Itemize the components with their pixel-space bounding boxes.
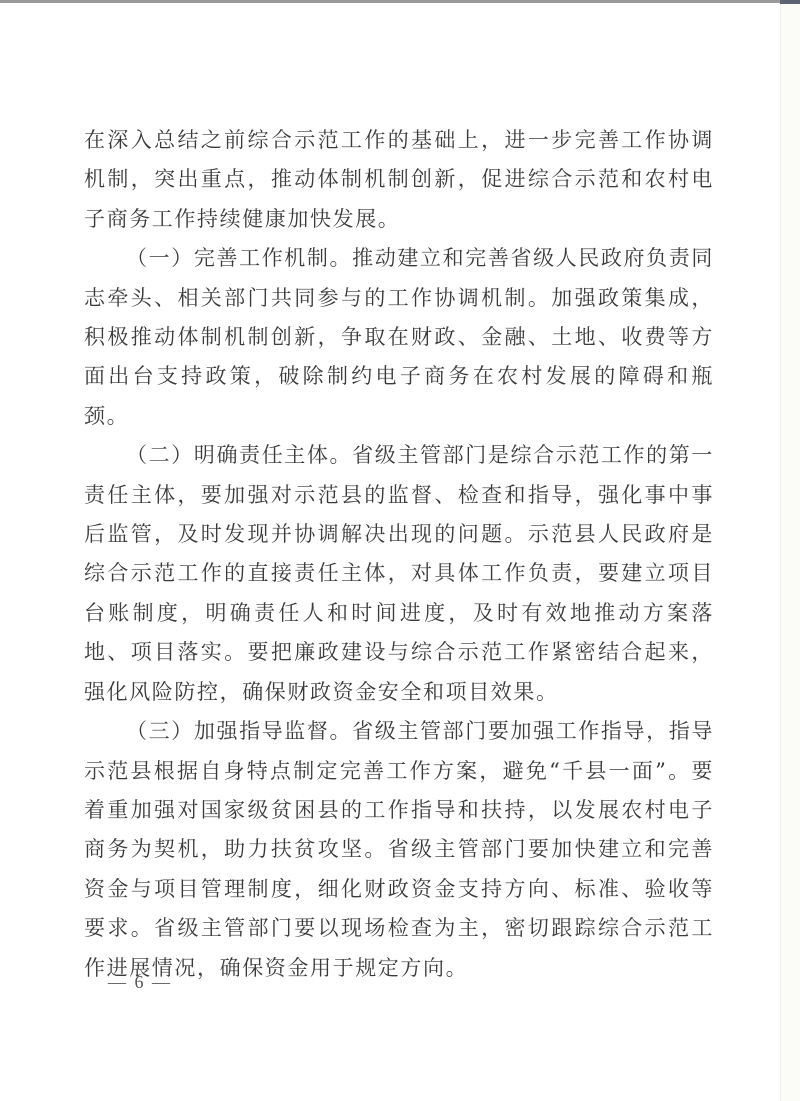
paragraph-text: 省级主管部门要加强工作指导，指导示范县根据自身特点制定完善工作方案，避免“千县一… xyxy=(84,719,714,979)
section-heading: （二）明确责任主体。 xyxy=(126,443,352,467)
paragraph-section-1: （一）完善工作机制。推动建立和完善省级人民政府负责同志牵头、相关部门共同参与的工… xyxy=(84,239,714,436)
page-number: — 6 — xyxy=(108,972,172,993)
paragraph-continuation: 在深入总结之前综合示范工作的基础上，进一步完善工作协调机制，突出重点，推动体制机… xyxy=(84,121,714,239)
section-heading: （三）加强指导监督。 xyxy=(126,719,352,743)
scan-right-margin xyxy=(780,4,800,1101)
paragraph-text: 推动建立和完善省级人民政府负责同志牵头、相关部门共同参与的工作协调机制。加强政策… xyxy=(84,246,714,428)
paragraph-text: 省级主管部门是综合示范工作的第一责任主体，要加强对示范县的监督、检查和指导，强化… xyxy=(84,443,714,703)
scan-top-edge xyxy=(0,0,800,3)
paragraph-section-3: （三）加强指导监督。省级主管部门要加强工作指导，指导示范县根据自身特点制定完善工… xyxy=(84,712,714,988)
section-heading: （一）完善工作机制。 xyxy=(126,246,352,270)
paragraph-section-2: （二）明确责任主体。省级主管部门是综合示范工作的第一责任主体，要加强对示范县的监… xyxy=(84,436,714,712)
paragraph-text: 在深入总结之前综合示范工作的基础上，进一步完善工作协调机制，突出重点，推动体制机… xyxy=(84,128,714,231)
document-page: 在深入总结之前综合示范工作的基础上，进一步完善工作协调机制，突出重点，推动体制机… xyxy=(84,121,714,988)
